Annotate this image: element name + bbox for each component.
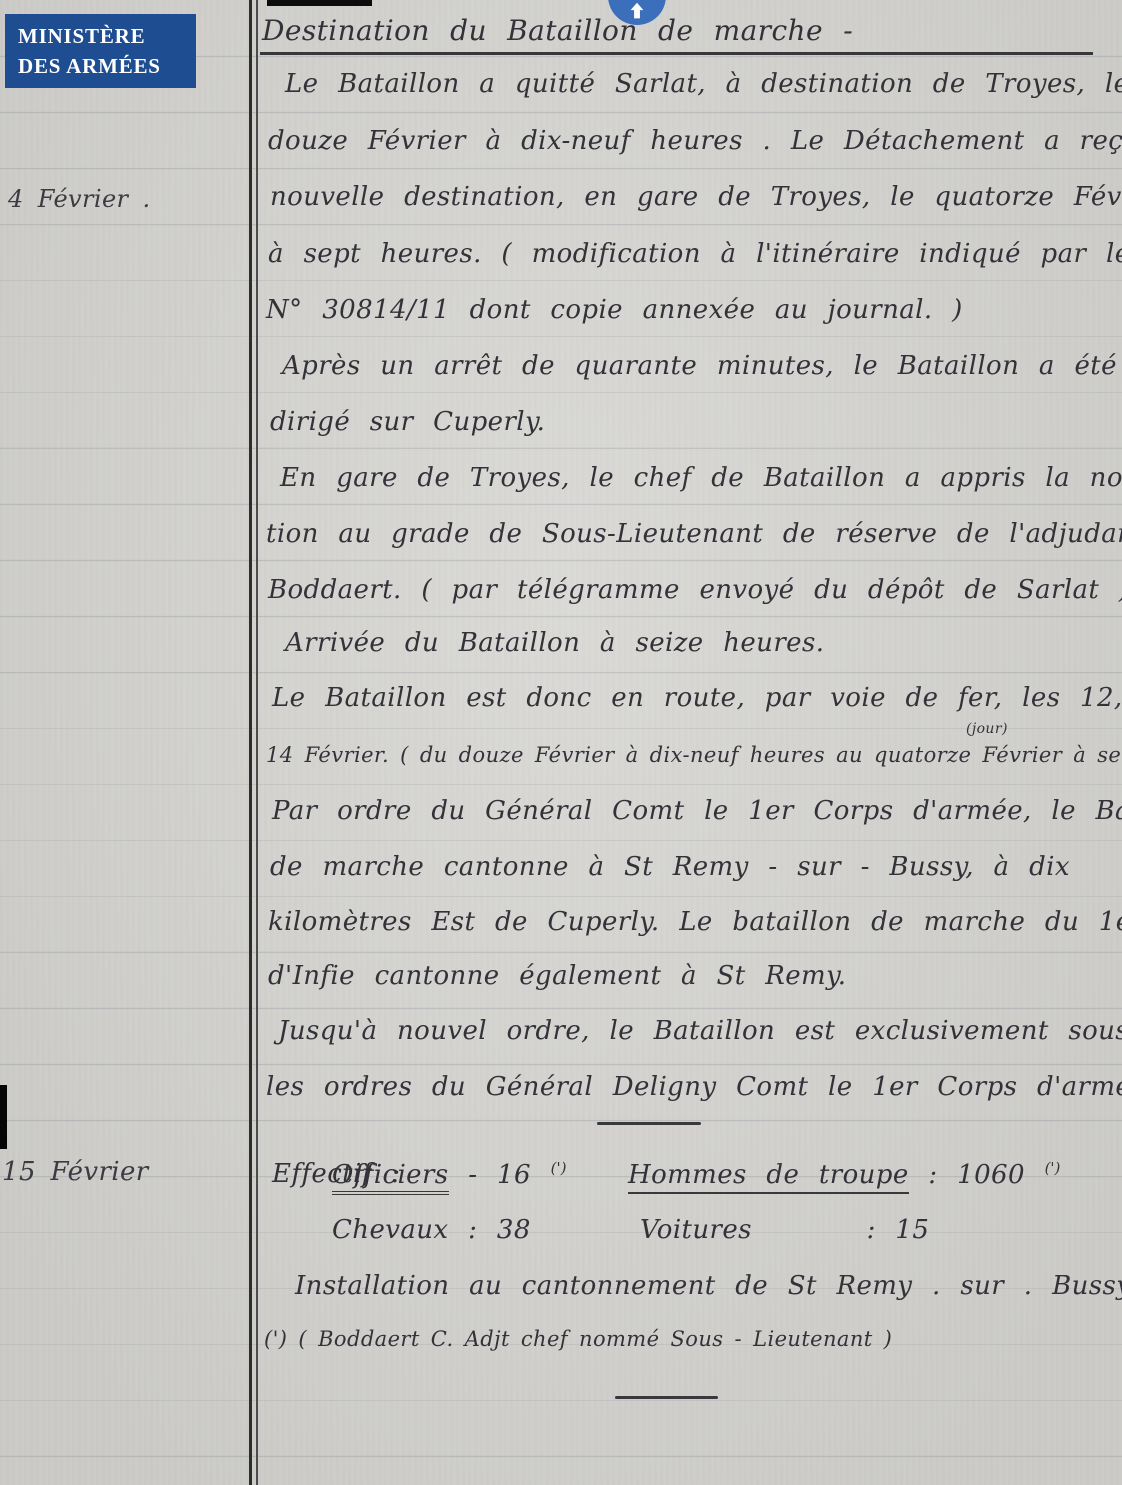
journal-line: kilomètres Est de Cuperly. Le bataillon … <box>268 908 1122 937</box>
journal-line: Après un arrêt de quarante minutes, le B… <box>282 352 1117 381</box>
journal-line: Jusqu'à nouvel ordre, le Bataillon est e… <box>278 1017 1122 1046</box>
journal-line: Le Bataillon est donc en route, par voie… <box>272 684 1122 713</box>
jour-annotation: (jour) <box>966 722 1008 737</box>
scan-artifact-top-edge <box>267 0 372 6</box>
journal-line: 14 Février. ( du douze Février à dix-neu… <box>266 744 1122 767</box>
effectif-horses: Chevaux : 38 <box>332 1216 531 1245</box>
heading-underline <box>260 52 1093 55</box>
journal-line: Par ordre du Général Comt le 1er Corps d… <box>272 797 1122 826</box>
installation-line: Installation au cantonnement de St Remy … <box>295 1272 1122 1301</box>
effectif-troops: Hommes de troupe : 1060 (') <box>628 1160 1060 1190</box>
journal-line: nouvelle destination, en gare de Troyes,… <box>270 183 1122 212</box>
vehicles-value: : 15 <box>867 1215 930 1245</box>
margin-rule-inner <box>256 0 258 1485</box>
effectif-officers: Officiers - 16 (') <box>332 1160 566 1190</box>
journal-line: En gare de Troyes, le chef de Bataillon … <box>280 464 1122 493</box>
journal-line: à sept heures. ( modification à l'itinér… <box>268 240 1122 269</box>
margin-date-15-fevrier: 15 Février <box>2 1158 149 1187</box>
scanned-journal-page: MINISTÈRE DES ARMÉES 4 Février . 15 Févr… <box>0 0 1122 1485</box>
section-divider-1 <box>597 1122 701 1125</box>
journal-line: douze Février à dix-neuf heures . Le Dét… <box>268 127 1122 156</box>
footnote-line: (') ( Boddaert C. Adjt chef nommé Sous -… <box>264 1328 892 1351</box>
margin-rule-outer <box>249 0 252 1485</box>
effectif-vehicles: Voitures : 15 <box>640 1216 929 1245</box>
margin-date-4-fevrier: 4 Février . <box>8 186 150 212</box>
journal-line: Le Bataillon a quitté Sarlat, à destinat… <box>285 70 1122 99</box>
journal-line: Arrivée du Bataillon à seize heures. <box>285 629 824 658</box>
troops-label: Hommes de troupe <box>628 1160 909 1194</box>
officers-value: - 16 <box>468 1160 531 1190</box>
footnote-marker: (') <box>1045 1159 1061 1177</box>
entry-heading: Destination du Bataillon de marche - <box>262 16 853 47</box>
journal-line: les ordres du Général Deligny Comt le 1e… <box>266 1073 1122 1102</box>
journal-line: dirigé sur Cuperly. <box>270 408 545 437</box>
badge-line-2: DES ARMÉES <box>18 51 196 81</box>
journal-line: N° 30814/11 dont copie annexée au journa… <box>266 296 963 325</box>
vehicles-label: Voitures <box>640 1215 752 1245</box>
scan-artifact-left-edge <box>0 1085 7 1149</box>
journal-line: tion au grade de Sous-Lieutenant de rése… <box>266 520 1122 549</box>
officers-label: Officiers <box>332 1160 449 1195</box>
journal-line: de marche cantonne à St Remy - sur - Bus… <box>270 853 1070 882</box>
footnote-marker: (') <box>551 1159 567 1177</box>
ministere-des-armees-badge: MINISTÈRE DES ARMÉES <box>5 14 196 88</box>
journal-line: d'Infie cantonne également à St Remy. <box>268 962 846 991</box>
badge-line-1: MINISTÈRE <box>18 21 196 51</box>
troops-value: : 1060 <box>928 1160 1025 1190</box>
section-divider-2 <box>615 1396 718 1399</box>
journal-line: Boddaert. ( par télégramme envoyé du dép… <box>268 576 1122 605</box>
